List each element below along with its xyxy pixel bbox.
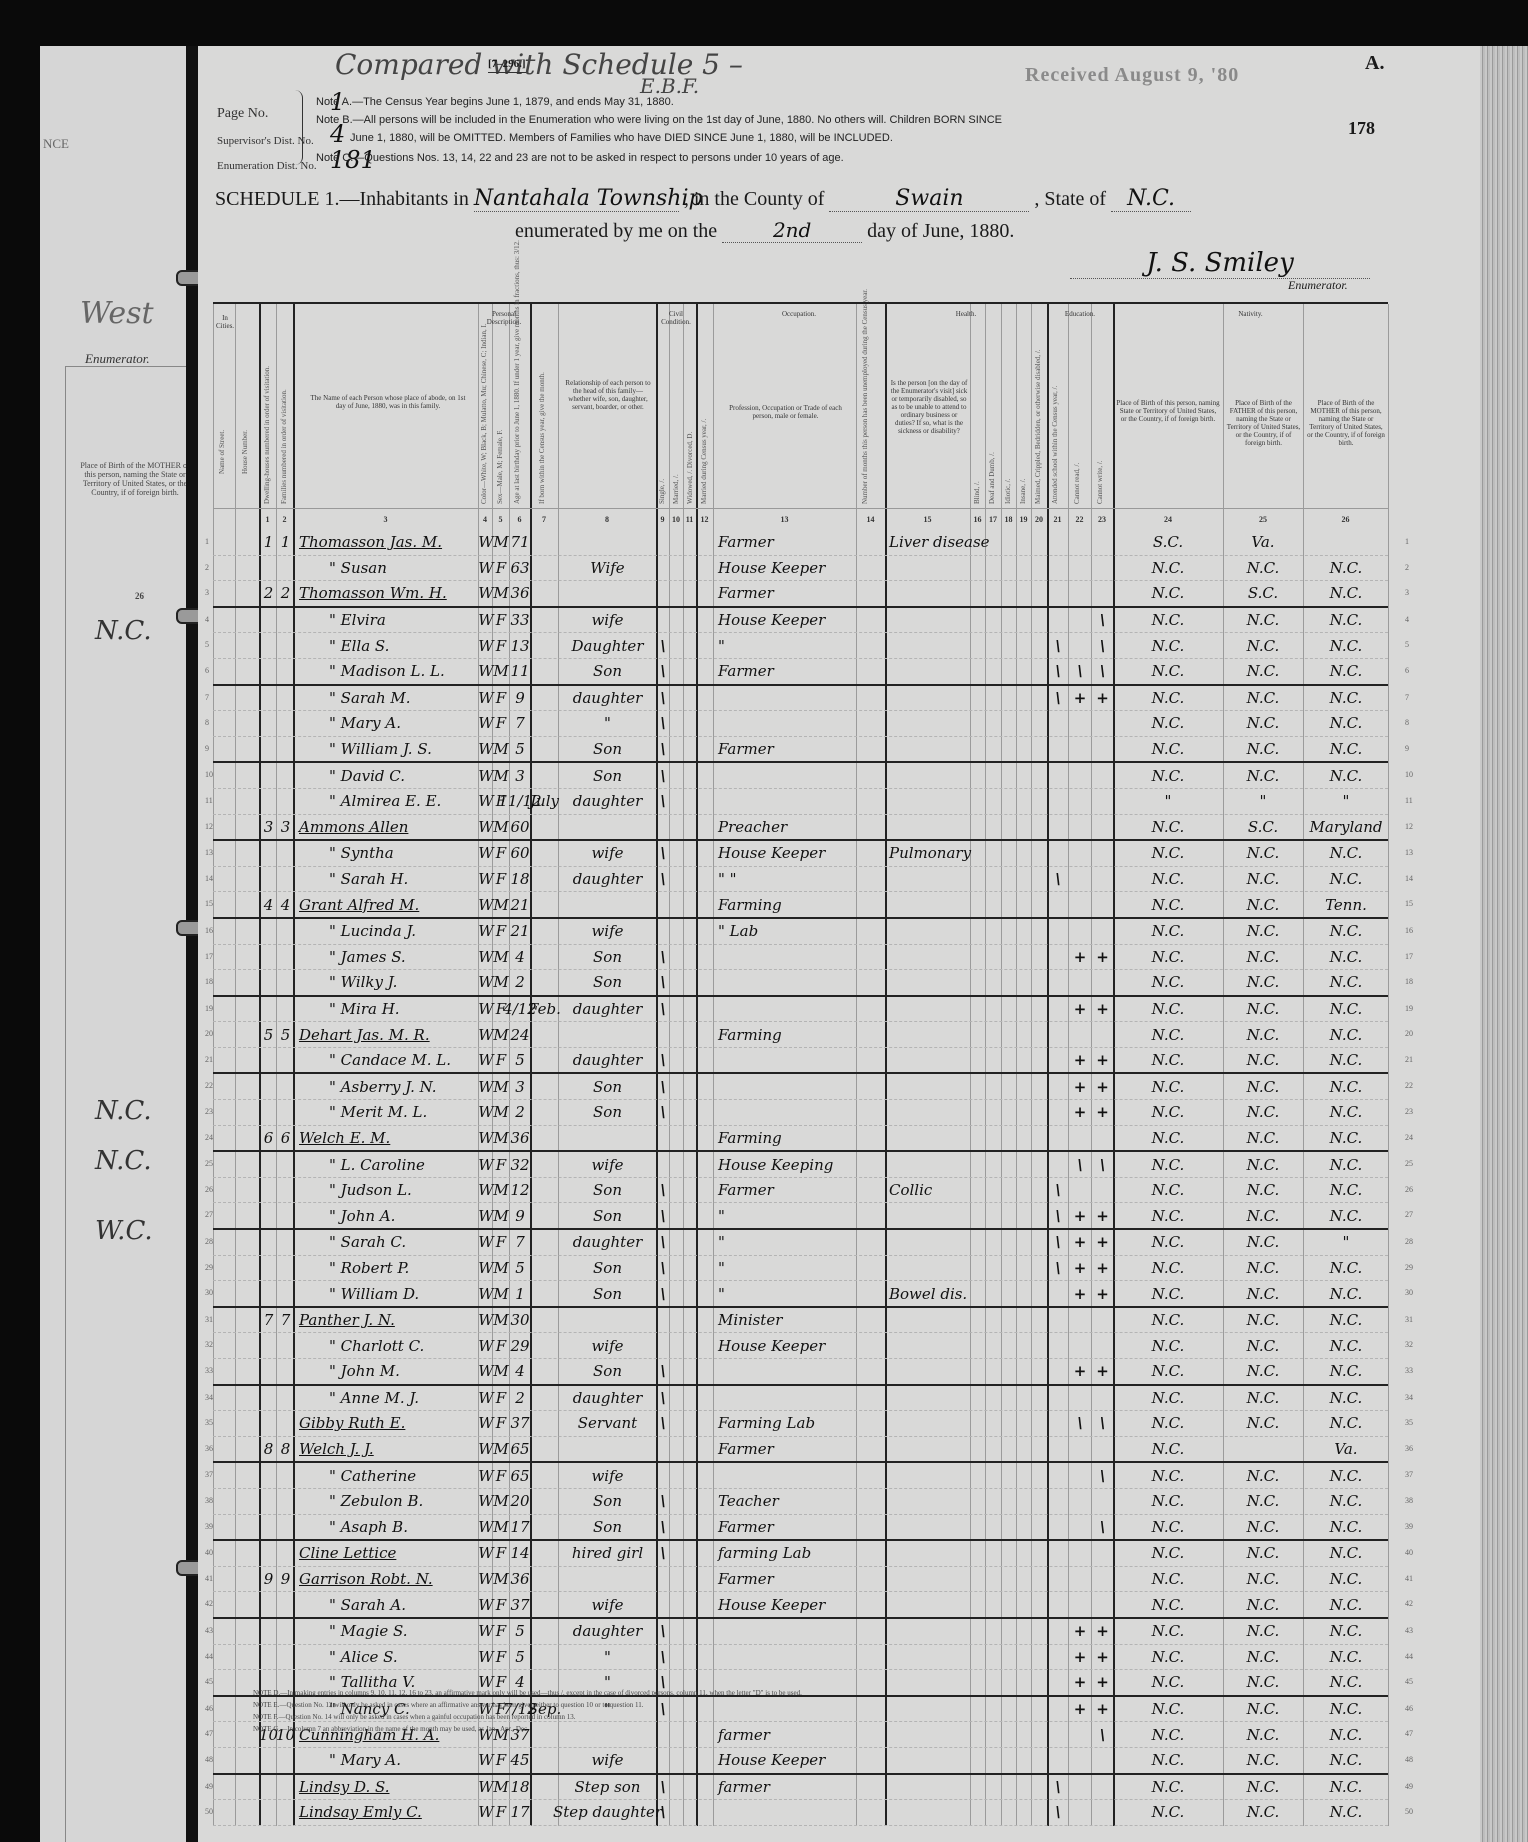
father-birth-value: N.C.: [1225, 1645, 1301, 1670]
cannot-write-mark: +: [1092, 1203, 1113, 1228]
reviewer-initials: E.B.F.: [640, 74, 699, 98]
single-mark: [657, 1152, 669, 1177]
occupation-value: House Keeper: [718, 1333, 856, 1358]
birth-place-value: N.C.: [1118, 1100, 1218, 1125]
dwelling-number: [261, 1645, 276, 1670]
table-row: 3939" Asaph B.WM17Son\Farmer\N.C.N.C.N.C…: [213, 1515, 1388, 1542]
cannot-write-mark: +: [1092, 1281, 1113, 1306]
relationship-value: daughter: [560, 867, 655, 892]
dwelling-number: [261, 867, 276, 892]
table-row: 44" ElviraWF33wifeHouse Keeper\N.C.N.C.N…: [213, 608, 1388, 634]
table-row: 4949Lindsy D. S.WM18Step son\farmer\N.C.…: [213, 1775, 1388, 1801]
cannot-write-mark: +: [1092, 686, 1113, 711]
age-value: 36: [510, 1126, 530, 1151]
table-row: 77" Sarah M.WF9daughter\\++N.C.N.C.N.C.: [213, 686, 1388, 712]
father-birth-value: N.C.: [1225, 1178, 1301, 1203]
school-mark: [1048, 789, 1068, 814]
birth-place-label: Place of Birth of this person, naming St…: [1116, 399, 1220, 423]
health-value: Pulmonary: [889, 841, 969, 866]
cannot-write-label: Cannot write, /.: [1096, 434, 1104, 504]
sex-value: F: [493, 1152, 509, 1177]
cannot-write-mark: [1092, 763, 1113, 788]
age-value: 2: [510, 1100, 530, 1125]
single-mark: [657, 1126, 669, 1151]
family-number: [278, 1359, 293, 1384]
health-value: [889, 1541, 969, 1566]
birth-month-value: [531, 1463, 558, 1488]
health-value: [889, 1152, 969, 1177]
father-birth-value: N.C.: [1225, 711, 1301, 736]
mother-birth-value: N.C.: [1305, 1489, 1387, 1514]
cannot-write-mark: [1092, 841, 1113, 866]
line-number-right: 39: [1405, 1522, 1413, 1531]
meta-bracket: [290, 90, 303, 165]
school-mark: \: [1048, 1800, 1068, 1825]
birth-month-value: [531, 1437, 558, 1462]
cannot-write-mark: [1092, 556, 1113, 581]
school-mark: [1048, 892, 1068, 917]
person-name: Thomasson Jas. M.: [299, 530, 479, 555]
father-birth-value: N.C.: [1225, 1722, 1301, 1747]
health-value: [889, 1074, 969, 1099]
table-row: 1010" David C.WM3Son\N.C.N.C.N.C.: [213, 763, 1388, 789]
cannot-read-mark: [1069, 1178, 1091, 1203]
state-value: N.C.: [1111, 186, 1191, 212]
school-mark: \: [1048, 1203, 1068, 1228]
health-value: [889, 1256, 969, 1281]
birth-month-value: [531, 686, 558, 711]
cannot-read-mark: \: [1069, 1152, 1091, 1177]
family-number: [278, 997, 293, 1022]
color-value: W: [479, 1541, 493, 1566]
mother-birth-value: N.C.: [1305, 1748, 1387, 1773]
birth-month-value: [531, 608, 558, 633]
birth-month-value: [531, 556, 558, 581]
line-number: 42: [205, 1599, 213, 1608]
line-number: 40: [205, 1548, 213, 1557]
line-number-right: 30: [1405, 1288, 1413, 1297]
line-number-right: 10: [1405, 770, 1413, 779]
sex-value: M: [493, 1203, 509, 1228]
age-value: 21: [510, 919, 530, 944]
cannot-write-mark: +: [1092, 945, 1113, 970]
dwelling-number: 9: [261, 1567, 276, 1592]
person-name: Lindsy D. S.: [299, 1775, 479, 1800]
mother-birth-value: N.C.: [1305, 659, 1387, 684]
school-mark: [1048, 1697, 1068, 1722]
relationship-value: [560, 892, 655, 917]
line-number: 28: [205, 1237, 213, 1246]
school-mark: [1048, 1333, 1068, 1358]
father-birth-value: N.C.: [1225, 997, 1301, 1022]
cannot-read-mark: [1069, 815, 1091, 840]
single-mark: [657, 530, 669, 555]
education-group-label: Education.: [1047, 310, 1113, 318]
mother-birth-value: N.C.: [1305, 1178, 1387, 1203]
birth-place-value: N.C.: [1118, 1203, 1218, 1228]
dwelling-number: [261, 919, 276, 944]
health-value: Bowel dis.: [889, 1281, 969, 1306]
line-number: 31: [205, 1315, 213, 1324]
line-number: 25: [205, 1159, 213, 1168]
birth-place-value: N.C.: [1118, 1230, 1218, 1255]
birth-place-value: ": [1118, 789, 1218, 814]
dwelling-number: [261, 711, 276, 736]
cannot-write-mark: \: [1092, 1152, 1113, 1177]
person-name: Ammons Allen: [299, 815, 479, 840]
father-birth-value: N.C.: [1225, 608, 1301, 633]
father-birth-value: N.C.: [1225, 737, 1301, 762]
col-num: 13: [713, 515, 856, 524]
family-number: [278, 1178, 293, 1203]
occupation-value: ": [718, 1230, 856, 1255]
table-row: 121233Ammons AllenWM60PreacherN.C.S.C.Ma…: [213, 815, 1388, 842]
father-birth-value: N.C.: [1225, 1308, 1301, 1333]
facing-entry: N.C.: [95, 616, 152, 646]
family-number: [278, 1515, 293, 1540]
line-number-right: 42: [1405, 1599, 1413, 1608]
line-number: 7: [205, 693, 209, 702]
col-num: 1: [259, 515, 276, 524]
age-value: 1: [510, 1281, 530, 1306]
single-label: Single, /.: [658, 434, 666, 504]
cannot-write-mark: [1092, 737, 1113, 762]
line-number-right: 12: [1405, 822, 1413, 831]
birth-place-value: N.C.: [1118, 1256, 1218, 1281]
health-value: [889, 1775, 969, 1800]
color-value: W: [479, 1645, 493, 1670]
single-mark: \: [657, 945, 669, 970]
dwelling-number: [261, 1100, 276, 1125]
cannot-write-mark: +: [1092, 1256, 1113, 1281]
table-row: 4040Cline LetticeWF14hired girl\farming …: [213, 1541, 1388, 1567]
color-value: W: [479, 1074, 493, 1099]
family-number: [278, 841, 293, 866]
occupation-value: [718, 1048, 856, 1073]
age-value: 21: [510, 892, 530, 917]
mother-birth-value: N.C.: [1305, 711, 1387, 736]
color-value: W: [479, 1359, 493, 1384]
birth-month-value: [531, 530, 558, 555]
line-number: 5: [205, 640, 209, 649]
family-number: [278, 633, 293, 658]
line-number-right: 21: [1405, 1055, 1413, 1064]
birth-place-value: N.C.: [1118, 919, 1218, 944]
father-birth-value: N.C.: [1225, 1281, 1301, 1306]
birth-place-value: N.C.: [1118, 1567, 1218, 1592]
health-value: [889, 945, 969, 970]
cannot-read-mark: +: [1069, 1256, 1091, 1281]
single-mark: \: [657, 1515, 669, 1540]
birth-month-value: [531, 867, 558, 892]
school-mark: [1048, 919, 1068, 944]
table-row: 202055Dehart Jas. M. R.WM24FarmingN.C.N.…: [213, 1022, 1388, 1048]
age-value: 17: [510, 1800, 530, 1825]
line-number: 34: [205, 1393, 213, 1402]
cannot-write-mark: [1092, 1022, 1113, 1047]
sex-value: F: [493, 1800, 509, 1825]
col-num: 15: [885, 515, 970, 524]
cannot-write-mark: [1092, 919, 1113, 944]
line-number-right: 27: [1405, 1210, 1413, 1219]
cannot-read-mark: [1069, 1722, 1091, 1747]
occupation-value: House Keeper: [718, 841, 856, 866]
table-row: 2929" Robert P.WM5Son\"\++N.C.N.C.N.C.: [213, 1256, 1388, 1282]
dwelling-number: 2: [261, 581, 276, 606]
relationship-value: [560, 1308, 655, 1333]
dwelling-number: [261, 763, 276, 788]
line-number-right: 8: [1405, 718, 1409, 727]
table-row: 3838" Zebulon B.WM20Son\TeacherN.C.N.C.N…: [213, 1489, 1388, 1515]
line-number: 32: [205, 1340, 213, 1349]
age-value: 45: [510, 1748, 530, 1773]
birth-month-value: Feb.: [531, 997, 558, 1022]
line-number: 26: [205, 1185, 213, 1194]
dwelling-number: [261, 970, 276, 995]
birth-month-value: [531, 1645, 558, 1670]
line-number-right: 18: [1405, 977, 1413, 986]
insane-label: Insane, /.: [1019, 454, 1027, 504]
color-value: W: [479, 1515, 493, 1540]
school-mark: [1048, 1567, 1068, 1592]
table-row: 3737" CatherineWF65wife\N.C.N.C.N.C.: [213, 1463, 1388, 1489]
school-mark: [1048, 1308, 1068, 1333]
col-num: 8: [558, 515, 656, 524]
age-value: 18: [510, 867, 530, 892]
mother-birth-value: N.C.: [1305, 1281, 1387, 1306]
father-birth-value: N.C.: [1225, 1048, 1301, 1073]
father-birth-value: N.C.: [1225, 633, 1301, 658]
health-value: [889, 737, 969, 762]
cannot-read-mark: \: [1069, 659, 1091, 684]
birth-month-value: [531, 841, 558, 866]
school-mark: [1048, 581, 1068, 606]
family-number: 9: [278, 1567, 293, 1592]
age-value: 5: [510, 1645, 530, 1670]
table-row: 1919" Mira H.WF4/12Feb.daughter\++N.C.N.…: [213, 997, 1388, 1023]
single-mark: \: [657, 763, 669, 788]
single-mark: [657, 556, 669, 581]
cannot-write-mark: [1092, 1308, 1113, 1333]
mother-birth-value: N.C.: [1305, 1022, 1387, 1047]
color-value: W: [479, 1308, 493, 1333]
person-name: Garrison Robt. N.: [299, 1567, 479, 1592]
family-number: [278, 1100, 293, 1125]
father-birth-value: N.C.: [1225, 1203, 1301, 1228]
school-mark: [1048, 1748, 1068, 1773]
cannot-read-mark: [1069, 1437, 1091, 1462]
line-number: 30: [205, 1288, 213, 1297]
mother-birth-value: N.C.: [1305, 1592, 1387, 1617]
line-number: 36: [205, 1444, 213, 1453]
occupation-value: " Lab: [718, 919, 856, 944]
single-mark: [657, 1567, 669, 1592]
occupation-value: [718, 970, 856, 995]
single-mark: \: [657, 997, 669, 1022]
relationship-value: [560, 1567, 655, 1592]
col-num: 26: [1303, 515, 1388, 524]
father-birth-value: N.C.: [1225, 1100, 1301, 1125]
line-number-right: 35: [1405, 1418, 1413, 1427]
sex-value: M: [493, 970, 509, 995]
father-birth-value: S.C.: [1225, 815, 1301, 840]
cannot-write-mark: [1092, 815, 1113, 840]
cannot-read-mark: +: [1069, 1670, 1091, 1695]
mother-birth-value: Tenn.: [1305, 892, 1387, 917]
maimed-label: Maimed, Crippled, Bedridden, or otherwis…: [1034, 324, 1042, 504]
dwelling-number: [261, 1048, 276, 1073]
dwelling-number: [261, 841, 276, 866]
occupation-value: Farmer: [718, 1178, 856, 1203]
table-row: 2828" Sarah C.WF7daughter\"\++N.C.N.C.": [213, 1230, 1388, 1256]
mother-birth-value: N.C.: [1305, 1256, 1387, 1281]
line-number-right: 28: [1405, 1237, 1413, 1246]
line-number: 38: [205, 1496, 213, 1505]
col-num: 6: [509, 515, 530, 524]
school-mark: \: [1048, 1775, 1068, 1800]
color-value: W: [479, 1022, 493, 1047]
father-birth-value: [1225, 1437, 1301, 1462]
sex-value: F: [493, 1463, 509, 1488]
age-value: 37: [510, 1411, 530, 1436]
age-value: 3: [510, 763, 530, 788]
cannot-write-mark: [1092, 1126, 1113, 1151]
occupation-value: [718, 763, 856, 788]
color-value: W: [479, 1463, 493, 1488]
occupation-value: House Keeper: [718, 1748, 856, 1773]
mother-birth-value: N.C.: [1305, 1722, 1387, 1747]
relationship-value: Daughter: [560, 633, 655, 658]
dwelling-number: [261, 1074, 276, 1099]
cannot-read-mark: [1069, 1308, 1091, 1333]
county-value: Swain: [829, 186, 1029, 212]
occupation-value: [718, 1074, 856, 1099]
birth-month-value: [531, 1100, 558, 1125]
mother-birth-value: N.C.: [1305, 841, 1387, 866]
school-mark: [1048, 1515, 1068, 1540]
single-mark: \: [657, 1074, 669, 1099]
birth-place-value: N.C.: [1118, 970, 1218, 995]
age-value: 30: [510, 1308, 530, 1333]
married-year-label: Married during Census year, /.: [700, 364, 708, 504]
line-number-right: 15: [1405, 899, 1413, 908]
occupation-value: [718, 945, 856, 970]
birth-month-value: [531, 763, 558, 788]
father-birth-value: N.C.: [1225, 1126, 1301, 1151]
relationship-value: wife: [560, 1748, 655, 1773]
health-value: [889, 1670, 969, 1695]
family-number: [278, 608, 293, 633]
col-num: 9: [656, 515, 669, 524]
cannot-write-mark: [1092, 1541, 1113, 1566]
color-value: W: [479, 1775, 493, 1800]
line-number: 11: [205, 796, 213, 805]
street-label: Name of Street.: [218, 394, 226, 474]
father-birth-value: N.C.: [1225, 1670, 1301, 1695]
birth-month-value: [531, 1359, 558, 1384]
occupation-value: " ": [718, 867, 856, 892]
health-value: [889, 789, 969, 814]
age-value: 29: [510, 1333, 530, 1358]
birth-place-value: N.C.: [1118, 841, 1218, 866]
father-birth-value: N.C.: [1225, 1619, 1301, 1644]
township-value: Nantahala Township: [474, 186, 679, 212]
line-number: 15: [205, 899, 213, 908]
birth-place-value: N.C.: [1118, 1670, 1218, 1695]
line-number-right: 33: [1405, 1366, 1413, 1375]
line-number-right: 37: [1405, 1470, 1413, 1479]
mother-birth-value: N.C.: [1305, 1203, 1387, 1228]
father-birth-value: N.C.: [1225, 1697, 1301, 1722]
line-number: 41: [205, 1574, 213, 1583]
line-number: 39: [205, 1522, 213, 1531]
civil-condition-label: Civil Condition.: [656, 310, 696, 326]
relationship-value: Wife: [560, 556, 655, 581]
dwelling-number: [261, 1359, 276, 1384]
health-value: [889, 1800, 969, 1825]
health-value: [889, 919, 969, 944]
school-mark: [1048, 841, 1068, 866]
line-number-right: 48: [1405, 1755, 1413, 1764]
occupation-value: Preacher: [718, 815, 856, 840]
sex-value: M: [493, 1515, 509, 1540]
birth-month-value: [531, 711, 558, 736]
line-number: 43: [205, 1626, 213, 1635]
occupation-value: Farmer: [718, 1437, 856, 1462]
birth-month-value: [531, 970, 558, 995]
father-birth-value: N.C.: [1225, 1463, 1301, 1488]
single-mark: \: [657, 789, 669, 814]
cannot-read-mark: [1069, 970, 1091, 995]
line-number-right: 29: [1405, 1263, 1413, 1272]
school-mark: [1048, 1437, 1068, 1462]
age-value: 71: [510, 530, 530, 555]
birth-place-value: N.C.: [1118, 1074, 1218, 1099]
color-value: W: [479, 1281, 493, 1306]
cannot-write-mark: [1092, 789, 1113, 814]
age-value: 7: [510, 711, 530, 736]
col-num: 21: [1047, 515, 1068, 524]
cannot-write-mark: +: [1092, 1230, 1113, 1255]
sex-value: M: [493, 1359, 509, 1384]
school-mark: [1048, 1022, 1068, 1047]
father-birth-value: S.C.: [1225, 581, 1301, 606]
birth-month-value: [531, 1074, 558, 1099]
health-value: [889, 1489, 969, 1514]
single-mark: \: [657, 1281, 669, 1306]
mother-birth-label: Place of Birth of the MOTHER of this per…: [1306, 399, 1386, 447]
cannot-write-mark: [1092, 1775, 1113, 1800]
facing-column-header: Place of Birth of the MOTHER of this per…: [80, 461, 190, 497]
single-mark: \: [657, 1489, 669, 1514]
school-mark: \: [1048, 686, 1068, 711]
father-birth-value: N.C.: [1225, 970, 1301, 995]
school-mark: \: [1048, 1230, 1068, 1255]
health-value: [889, 711, 969, 736]
single-mark: \: [657, 1230, 669, 1255]
cannot-write-mark: +: [1092, 1048, 1113, 1073]
birth-place-value: N.C.: [1118, 1592, 1218, 1617]
dwelling-number: 4: [261, 892, 276, 917]
dwelling-number: [261, 633, 276, 658]
cannot-read-mark: [1069, 1126, 1091, 1151]
dwelling-number: [261, 1178, 276, 1203]
age-value: 9: [510, 1203, 530, 1228]
mother-birth-value: N.C.: [1305, 1074, 1387, 1099]
sex-value: F: [493, 1230, 509, 1255]
relationship-value: [560, 1437, 655, 1462]
sex-value: M: [493, 763, 509, 788]
